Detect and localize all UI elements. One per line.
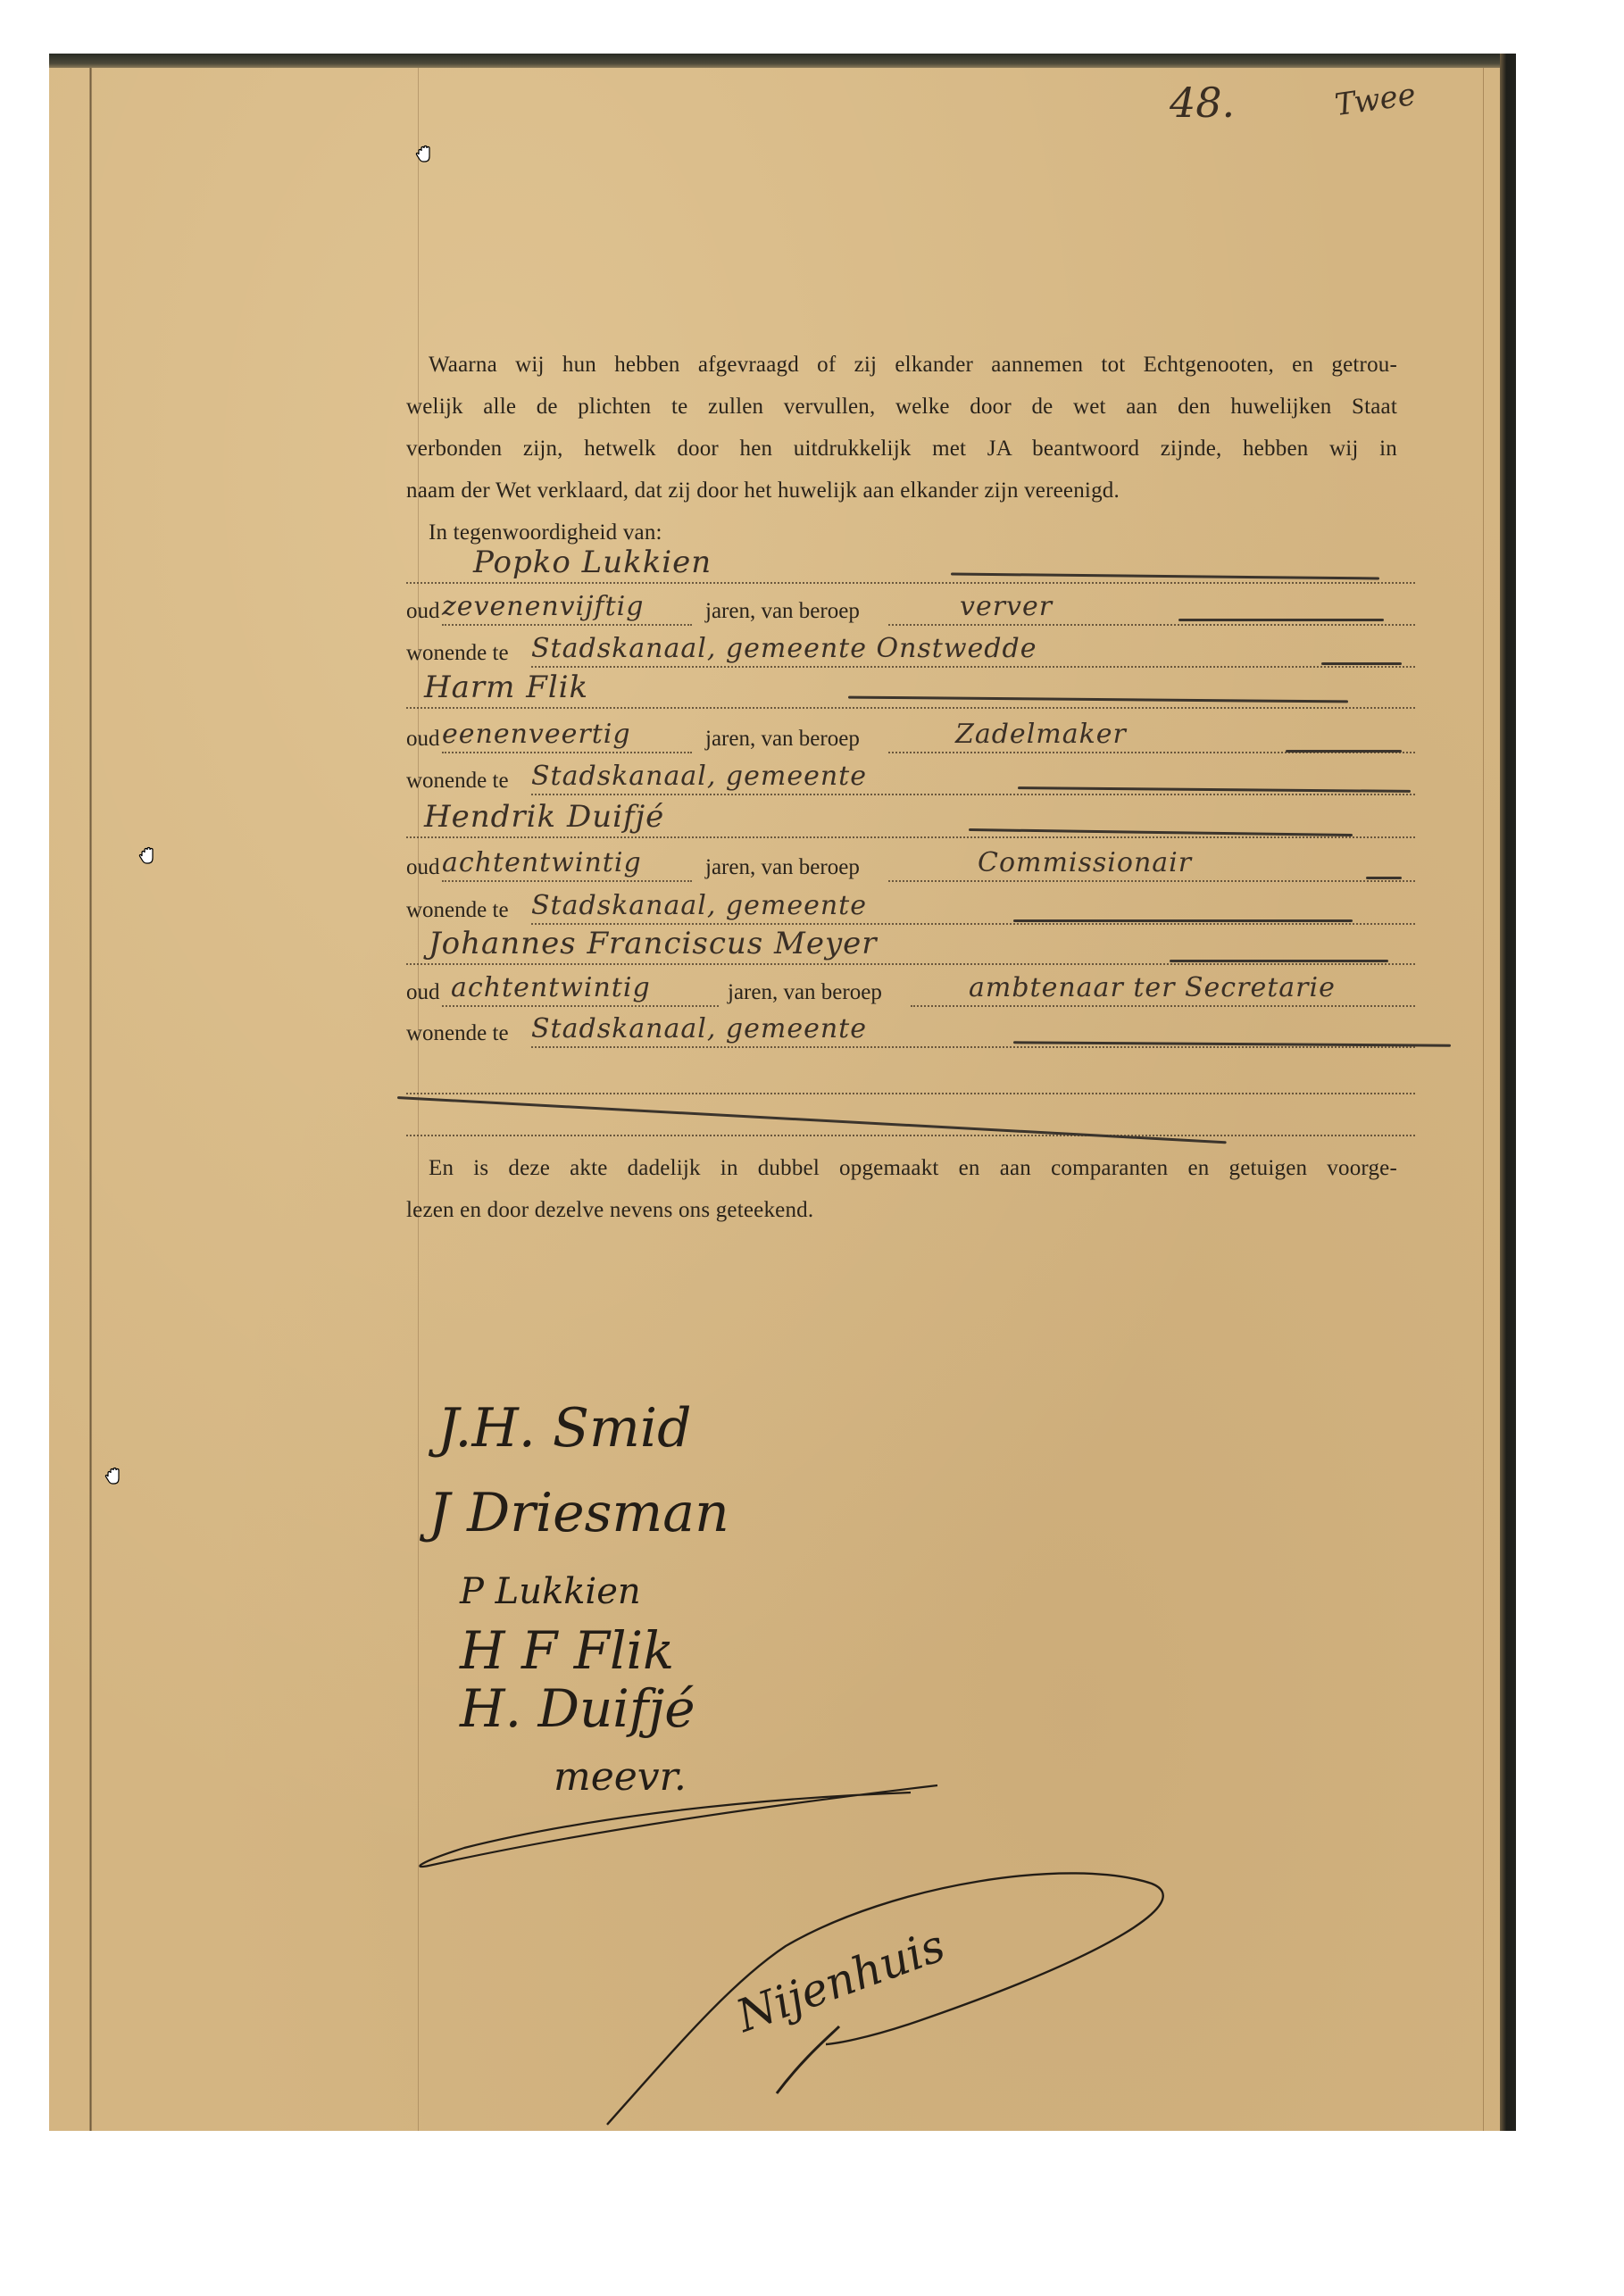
blank-line-1 [353, 1062, 1379, 1098]
preamble-line-4: naam der Wet verklaard, dat zij door het… [406, 478, 1397, 503]
witness-1-age-row: oud zevenenvijftig jaren, van beroep ver… [353, 594, 1379, 629]
book-right-edge [1500, 54, 1516, 2131]
witness-4-residence: Stadskanaal, gemeente [531, 1013, 867, 1044]
signature-1: J.H. Smid [437, 1397, 692, 1460]
witness-2-age-row: oud eenenveertig jaren, van beroep Zadel… [353, 721, 1379, 757]
hand-cursor-icon [104, 1467, 124, 1486]
signature-2: J Driesman [429, 1482, 729, 1544]
signature-4: H F Flik [460, 1620, 674, 1681]
preamble-line-2: welijk alle de plichten te zullen vervul… [406, 395, 1397, 420]
witness-1-residence: Stadskanaal, gemeente Onstwedde [531, 633, 1037, 664]
witness-1-name: Popko Lukkien [473, 545, 712, 580]
signature-3: P Lukkien [460, 1571, 641, 1612]
witness-4-age-row: oud achtentwintig jaren, van beroep ambt… [353, 975, 1379, 1011]
signature-7-flourish [571, 1866, 1196, 2142]
witness-4-residence-row: wonende te Stadskanaal, gemeente [353, 1016, 1379, 1052]
closing-line-2: lezen en door dezelve nevens ons geteeke… [406, 1198, 1397, 1223]
witness-1-occupation: verver [960, 591, 1053, 622]
witness-2-age: eenenveertig [442, 719, 631, 750]
right-margin-rule [1483, 68, 1484, 2131]
hand-cursor-icon [138, 846, 158, 866]
witness-2-residence-row: wonende te Stadskanaal, gemeente [353, 763, 1379, 799]
witness-4-age: achtentwintig [451, 972, 651, 1003]
witness-heading: In tegenwoordigheid van: [429, 520, 662, 545]
witness-4-name: Johannes Franciscus Meyer [429, 926, 878, 961]
witness-2-name: Harm Flik [424, 670, 588, 705]
witness-1-name-row: Popko Lukkien [353, 552, 1379, 587]
witness-2-occupation: Zadelmaker [955, 719, 1127, 750]
witness-2-residence: Stadskanaal, gemeente [531, 761, 867, 792]
signature-6-flourish [411, 1776, 946, 1875]
witness-1-residence-row: wonende te Stadskanaal, gemeente Onstwed… [353, 636, 1379, 671]
witness-1-age: zevenenvijftig [442, 591, 644, 622]
witness-2-name-row: Harm Flik [353, 677, 1379, 712]
witness-3-name: Hendrik Duifjé [424, 799, 664, 835]
book-top-edge [49, 54, 1516, 68]
signature-5: H. Duifjé [460, 1678, 695, 1739]
witness-3-residence-row: wonende te Stadskanaal, gemeente [353, 893, 1379, 928]
witness-3-occupation: Commissionair [978, 847, 1192, 878]
preamble-line-1: Waarna wij hun hebben afgevraagd of zij … [429, 353, 1397, 378]
page-binding-crease [89, 68, 92, 2131]
witness-3-age: achtentwintig [442, 847, 642, 878]
preamble-line-3: verbonden zijn, hetwelk door hen uitdruk… [406, 437, 1397, 462]
witness-4-occupation: ambtenaar ter Secretarie [969, 972, 1336, 1003]
witness-4-name-row: Johannes Franciscus Meyer [353, 933, 1379, 969]
witness-3-name-row: Hendrik Duifjé [353, 806, 1379, 842]
folio-number: 48. [1170, 79, 1235, 127]
witness-3-age-row: oud achtentwintig jaren, van beroep Comm… [353, 850, 1379, 886]
closing-line-1: En is deze akte dadelijk in dubbel opgem… [429, 1156, 1397, 1181]
hand-cursor-icon [415, 145, 435, 164]
witness-3-residence: Stadskanaal, gemeente [531, 890, 867, 921]
